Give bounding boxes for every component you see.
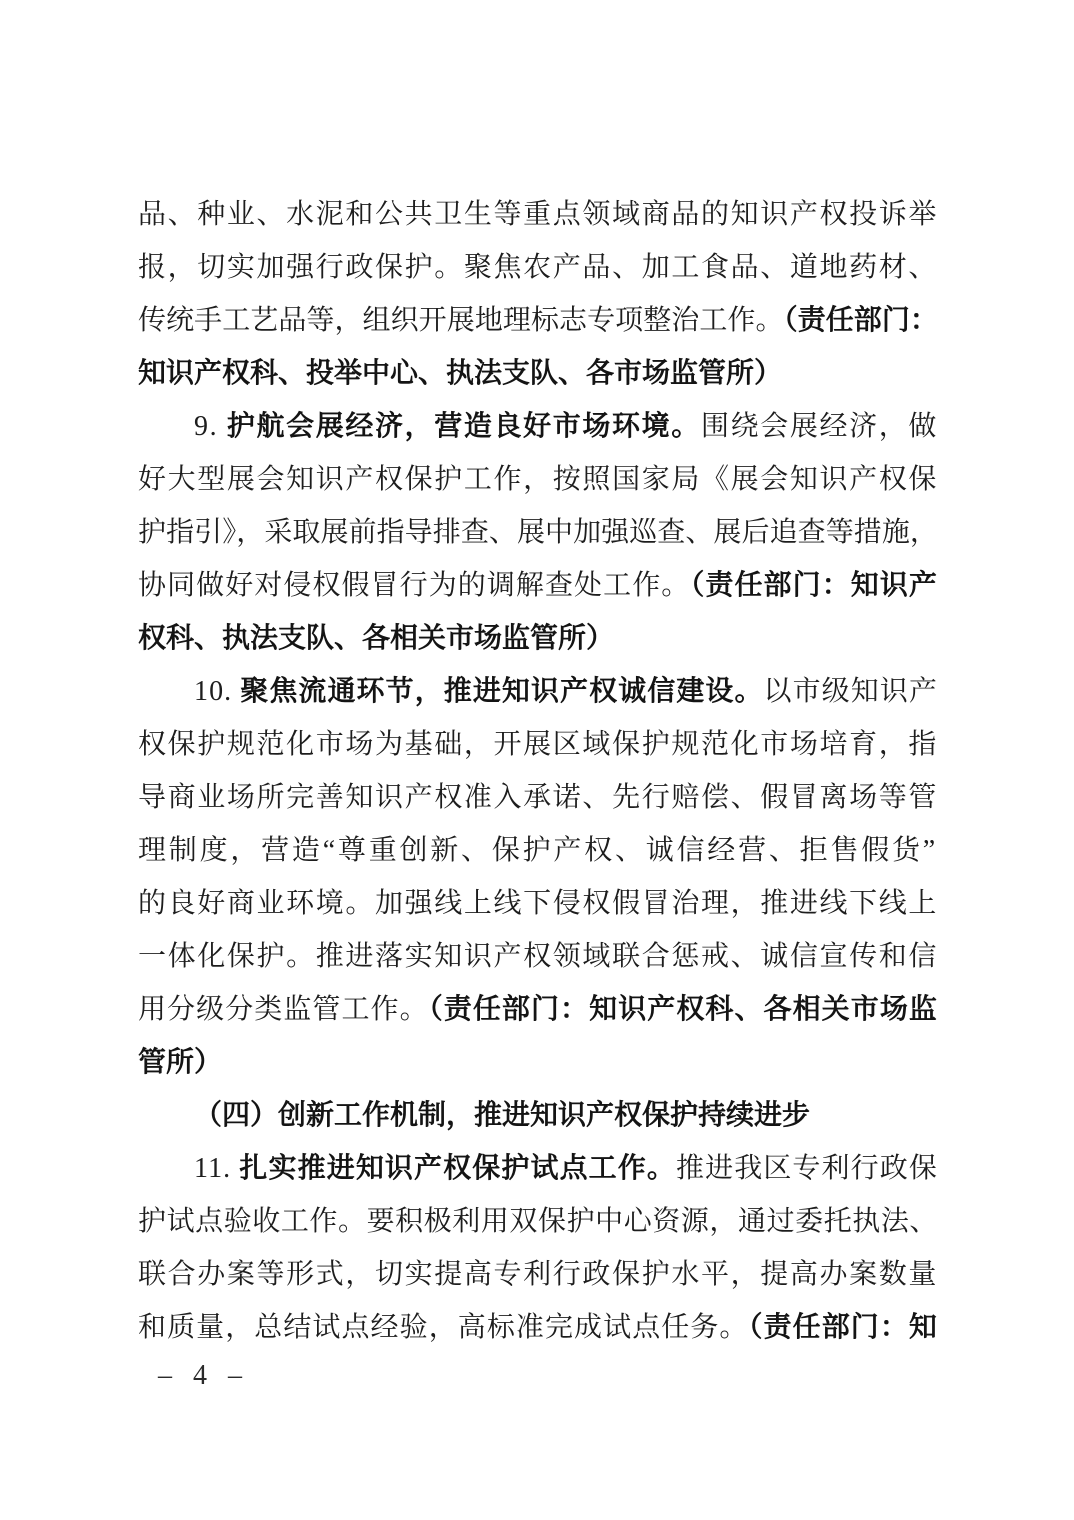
text-line: 的良好商业环境。加强线上线下侵权假冒治理，推进线下线上: [138, 877, 938, 930]
emphasis-text: （责任部门：知识产: [690, 570, 938, 601]
emphasis-text: （责任部门：知识产权科、各相关市场监: [429, 994, 938, 1025]
text-line: 权保护规范化市场为基础，开展区域保护规范化市场培育，指: [138, 718, 938, 771]
body-text: 围绕会展经济，做: [701, 411, 938, 442]
text-line: 理制度，营造“尊重创新、保护产权、诚信经营、拒售假货”: [138, 824, 938, 877]
body-text: 9.: [194, 411, 227, 442]
body-text: 理制度，营造“尊重创新、保护产权、诚信经营、拒售假货”: [138, 835, 938, 866]
emphasis-text: 扎实推进知识产权保护试点工作。: [239, 1153, 676, 1184]
paragraph-item-9: 9. 护航会展经济，营造良好市场环境。围绕会展经济，做好大型展会知识产权保护工作…: [138, 400, 938, 665]
body-text: 品、种业、水泥和公共卫生等重点领域商品的知识产权投诉举: [138, 199, 938, 230]
body-text: 用分级分类监管工作。: [138, 994, 429, 1025]
document-page: 品、种业、水泥和公共卫生等重点领域商品的知识产权投诉举报，切实加强行政保护。聚焦…: [0, 0, 1074, 1520]
text-line: 报，切实加强行政保护。聚焦农产品、加工食品、道地药材、: [138, 241, 938, 294]
text-line: 9. 护航会展经济，营造良好市场环境。围绕会展经济，做: [138, 400, 938, 453]
text-line: 用分级分类监管工作。（责任部门：知识产权科、各相关市场监: [138, 983, 938, 1036]
body-text: 11.: [194, 1153, 239, 1184]
emphasis-text: 管所）: [138, 1047, 222, 1078]
body-text: 权保护规范化市场为基础，开展区域保护规范化市场培育，指: [138, 729, 938, 760]
text-line: 导商业场所完善知识产权准入承诺、先行赔偿、假冒离场等管: [138, 771, 938, 824]
text-line: 联合办案等形式，切实提高专利行政保护水平，提高办案数量: [138, 1248, 938, 1301]
text-line: 10. 聚焦流通环节，推进知识产权诚信建设。以市级知识产: [138, 665, 938, 718]
document-body: 品、种业、水泥和公共卫生等重点领域商品的知识产权投诉举报，切实加强行政保护。聚焦…: [138, 188, 938, 1354]
text-line: 传统手工艺品等，组织开展地理标志专项整治工作。（责任部门：: [138, 294, 938, 347]
text-line: 一体化保护。推进落实知识产权领域联合惩戒、诚信宣传和信: [138, 930, 938, 983]
body-text: 护指引》，采取展前指导排查、展中加强巡查、展后追查等措施，: [138, 517, 938, 548]
emphasis-text: 知识产权科、投举中心、执法支队、各市场监管所）: [138, 358, 782, 389]
body-text: 协同做好对侵权假冒行为的调解查处工作。: [138, 570, 690, 601]
body-text: 传统手工艺品等，组织开展地理标志专项整治工作。: [138, 305, 784, 336]
paragraph-item-8-continuation: 品、种业、水泥和公共卫生等重点领域商品的知识产权投诉举报，切实加强行政保护。聚焦…: [138, 188, 938, 400]
text-line: 11. 扎实推进知识产权保护试点工作。推进我区专利行政保: [138, 1142, 938, 1195]
paragraph-item-11: 11. 扎实推进知识产权保护试点工作。推进我区专利行政保护试点验收工作。要积极利…: [138, 1142, 938, 1354]
paragraph-item-10: 10. 聚焦流通环节，推进知识产权诚信建设。以市级知识产权保护规范化市场为基础，…: [138, 665, 938, 1089]
body-text: 导商业场所完善知识产权准入承诺、先行赔偿、假冒离场等管: [138, 782, 938, 813]
emphasis-text: 权科、执法支队、各相关市场监管所）: [138, 623, 614, 654]
emphasis-text: 护航会展经济，营造良好市场环境。: [227, 411, 701, 442]
body-text: 和质量，总结试点经验，高标准完成试点任务。: [138, 1312, 748, 1343]
body-text: 护试点验收工作。要积极利用双保护中心资源，通过委托执法、: [138, 1206, 938, 1237]
text-line: 好大型展会知识产权保护工作，按照国家局《展会知识产权保: [138, 453, 938, 506]
text-line: 协同做好对侵权假冒行为的调解查处工作。（责任部门：知识产: [138, 559, 938, 612]
emphasis-text: 聚焦流通环节，推进知识产权诚信建设。: [240, 676, 763, 707]
emphasis-text: （责任部门：知: [748, 1312, 938, 1343]
section-heading-4: （四）创新工作机制，推进知识产权保护持续进步: [138, 1089, 938, 1142]
text-line: 知识产权科、投举中心、执法支队、各市场监管所）: [138, 347, 938, 400]
text-line: 护指引》，采取展前指导排查、展中加强巡查、展后追查等措施，: [138, 506, 938, 559]
body-text: 好大型展会知识产权保护工作，按照国家局《展会知识产权保: [138, 464, 938, 495]
emphasis-text: （责任部门：: [784, 305, 938, 336]
text-line: 管所）: [138, 1036, 938, 1089]
body-text: 报，切实加强行政保护。聚焦农产品、加工食品、道地药材、: [138, 252, 938, 283]
body-text: 10.: [194, 676, 240, 707]
text-line: 和质量，总结试点经验，高标准完成试点任务。（责任部门：知: [138, 1301, 938, 1354]
emphasis-text: （四）创新工作机制，推进知识产权保护持续进步: [194, 1100, 810, 1131]
text-line: 品、种业、水泥和公共卫生等重点领域商品的知识产权投诉举: [138, 188, 938, 241]
page-number: – 4 –: [158, 1354, 249, 1398]
text-line: 护试点验收工作。要积极利用双保护中心资源，通过委托执法、: [138, 1195, 938, 1248]
body-text: 以市级知识产: [764, 676, 938, 707]
text-line: 权科、执法支队、各相关市场监管所）: [138, 612, 938, 665]
body-text: 一体化保护。推进落实知识产权领域联合惩戒、诚信宣传和信: [138, 941, 938, 972]
body-text: 的良好商业环境。加强线上线下侵权假冒治理，推进线下线上: [138, 888, 938, 919]
body-text: 联合办案等形式，切实提高专利行政保护水平，提高办案数量: [138, 1259, 938, 1290]
text-line: （四）创新工作机制，推进知识产权保护持续进步: [138, 1089, 938, 1142]
body-text: 推进我区专利行政保: [676, 1153, 938, 1184]
